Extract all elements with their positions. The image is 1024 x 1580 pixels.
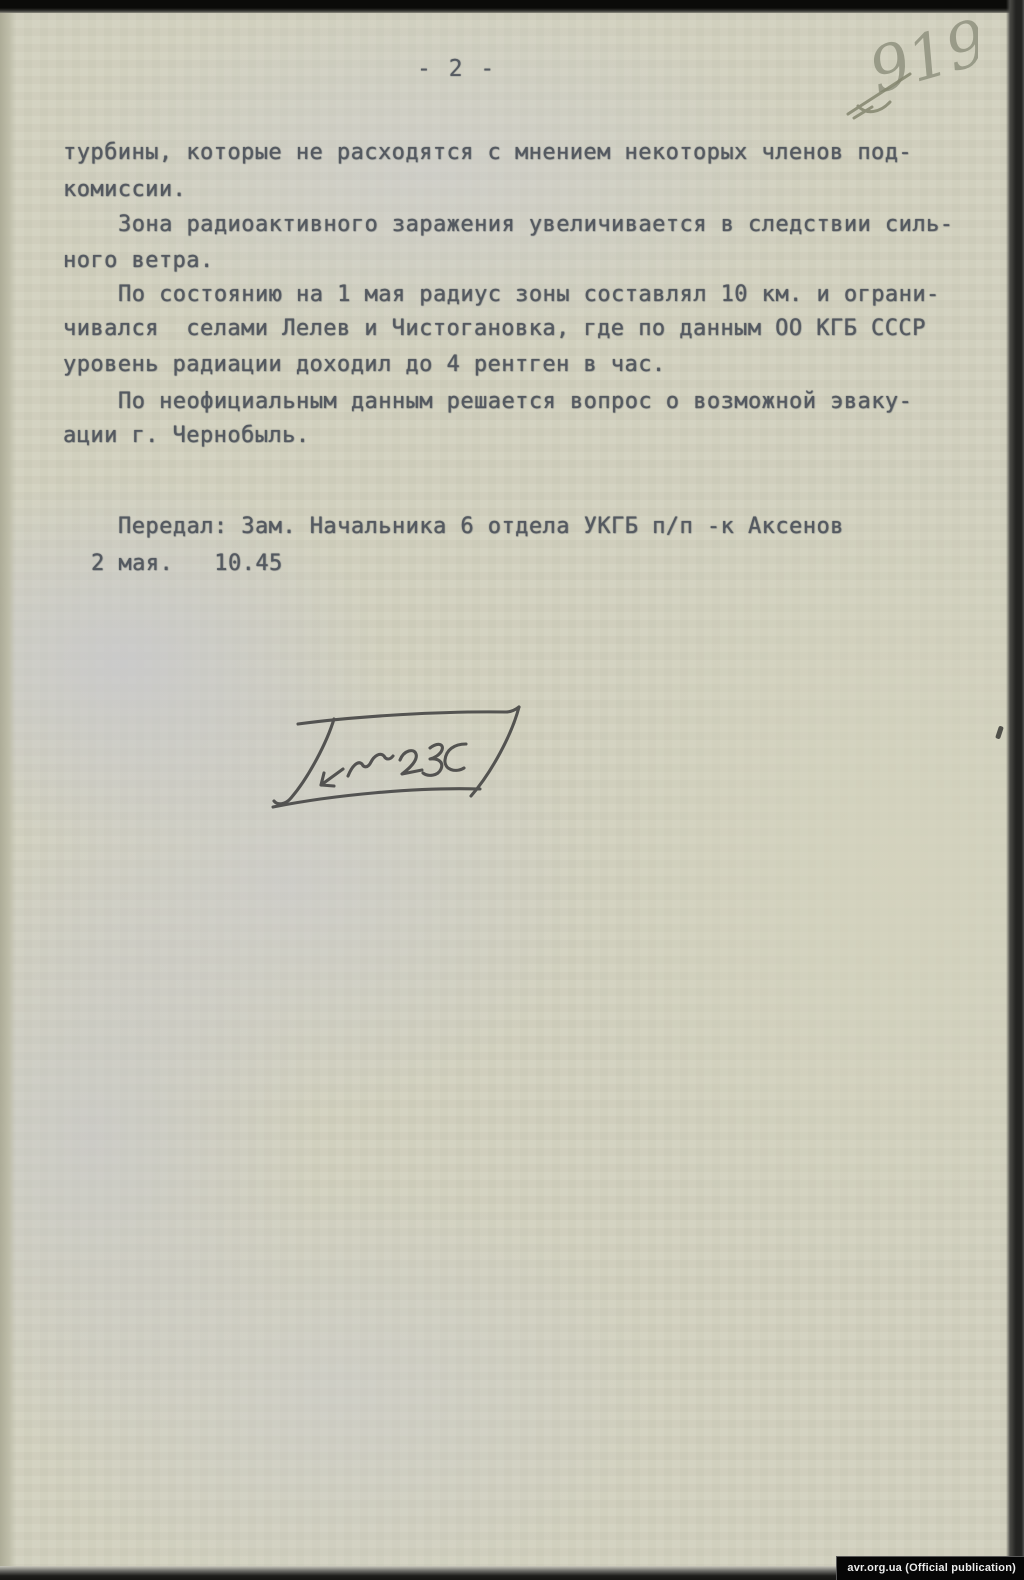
typed-line: ации г. Чернобыль. bbox=[63, 425, 310, 447]
typed-line: ного ветра. bbox=[63, 250, 214, 272]
scanned-document-page: - 2 - 919 турбины, которые не расходятся… bbox=[0, 0, 1024, 1580]
scan-edge-left bbox=[0, 13, 15, 1566]
page-number: - 2 - bbox=[417, 56, 496, 82]
typed-line: По неофициальным данным решается вопрос … bbox=[63, 391, 912, 413]
typed-line: По состоянию на 1 мая радиус зоны состав… bbox=[63, 284, 940, 306]
ink-speck bbox=[995, 726, 1004, 740]
watermark-bar: avr.org.ua (Official publication) bbox=[836, 1556, 1024, 1580]
scan-edge-top bbox=[0, 0, 1024, 13]
scan-edge-right bbox=[1006, 0, 1024, 1580]
watermark-text: avr.org.ua (Official publication) bbox=[847, 1562, 1016, 1574]
transmittal-line: Передал: Зам. Начальника 6 отдела УКГБ п… bbox=[63, 516, 844, 538]
typed-line: Зона радиоактивного заражения увеличивае… bbox=[63, 214, 953, 236]
handwritten-page-number: 919 bbox=[838, 10, 978, 130]
typed-line: уровень радиации доходил до 4 рентген в … bbox=[63, 354, 666, 376]
typed-line: турбины, которые не расходятся с мнением… bbox=[63, 142, 912, 164]
typed-line: чивался селами Лелев и Чистогановка, где… bbox=[63, 318, 926, 340]
transmittal-line: 2 мая. 10.45 bbox=[63, 553, 283, 575]
signature-scrawl bbox=[228, 688, 593, 823]
typed-line: комиссии. bbox=[63, 179, 186, 201]
